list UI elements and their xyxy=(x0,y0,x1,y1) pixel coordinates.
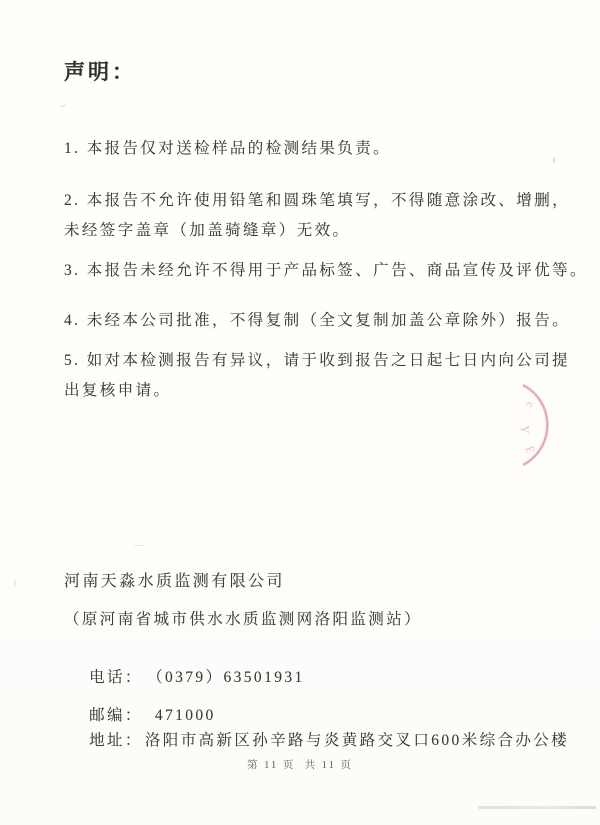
seal-arc xyxy=(523,385,547,465)
scanned-report-page: 声明： 1. 本报告仅对送检样品的检测结果负责。 2. 本报告不允许使用铅笔和圆… xyxy=(0,0,600,825)
address-label: 地址： xyxy=(89,732,143,749)
scan-speck xyxy=(553,158,555,163)
seal-glyph-2: Y xyxy=(518,425,532,434)
statement-4: 4. 未经本公司批准，不得复制（全文复制加盖公章除外）报告。 xyxy=(64,308,570,330)
scan-speck xyxy=(60,104,66,108)
statement-3: 3. 本报告未经允许不得用于产品标签、广告、商品宣传及评优等。 xyxy=(64,258,588,280)
company-name: 河南天淼水质监测有限公司 xyxy=(64,568,285,591)
phone-label: 电话： xyxy=(89,669,143,686)
page-title: 声明： xyxy=(64,56,136,86)
scan-smudge xyxy=(478,806,596,809)
statement-5-line-1: 5. 如对本检测报告有异议，请于收到报告之日起七日内向公司提 xyxy=(64,348,570,370)
statement-2-line-1: 2. 本报告不允许使用铅笔和圆珠笔填写，不得随意涂改、增删， xyxy=(64,188,570,210)
page-number-footer: 第 11 页 共 11 页 xyxy=(0,757,600,772)
phone-value: （0379）63501931 xyxy=(155,669,305,686)
scan-speck xyxy=(134,545,144,546)
statement-1: 1. 本报告仅对送检样品的检测结果负责。 xyxy=(64,136,391,158)
address-value: 洛阳市高新区孙辛路与炎黄路交叉口600米综合办公楼 xyxy=(145,732,569,749)
company-seal-partial-icon: c Y E xyxy=(452,375,556,479)
seal-glyph-1: c xyxy=(523,400,538,411)
company-former-name: （原河南省城市供水水质监测网洛阳监测站） xyxy=(64,607,422,629)
statement-2-line-2: 未经签字盖章（加盖骑缝章）无效。 xyxy=(64,218,350,240)
seal-glyph-3: E xyxy=(522,444,538,456)
scan-speck xyxy=(14,580,16,587)
statement-5-line-2: 出复核申请。 xyxy=(64,378,171,400)
